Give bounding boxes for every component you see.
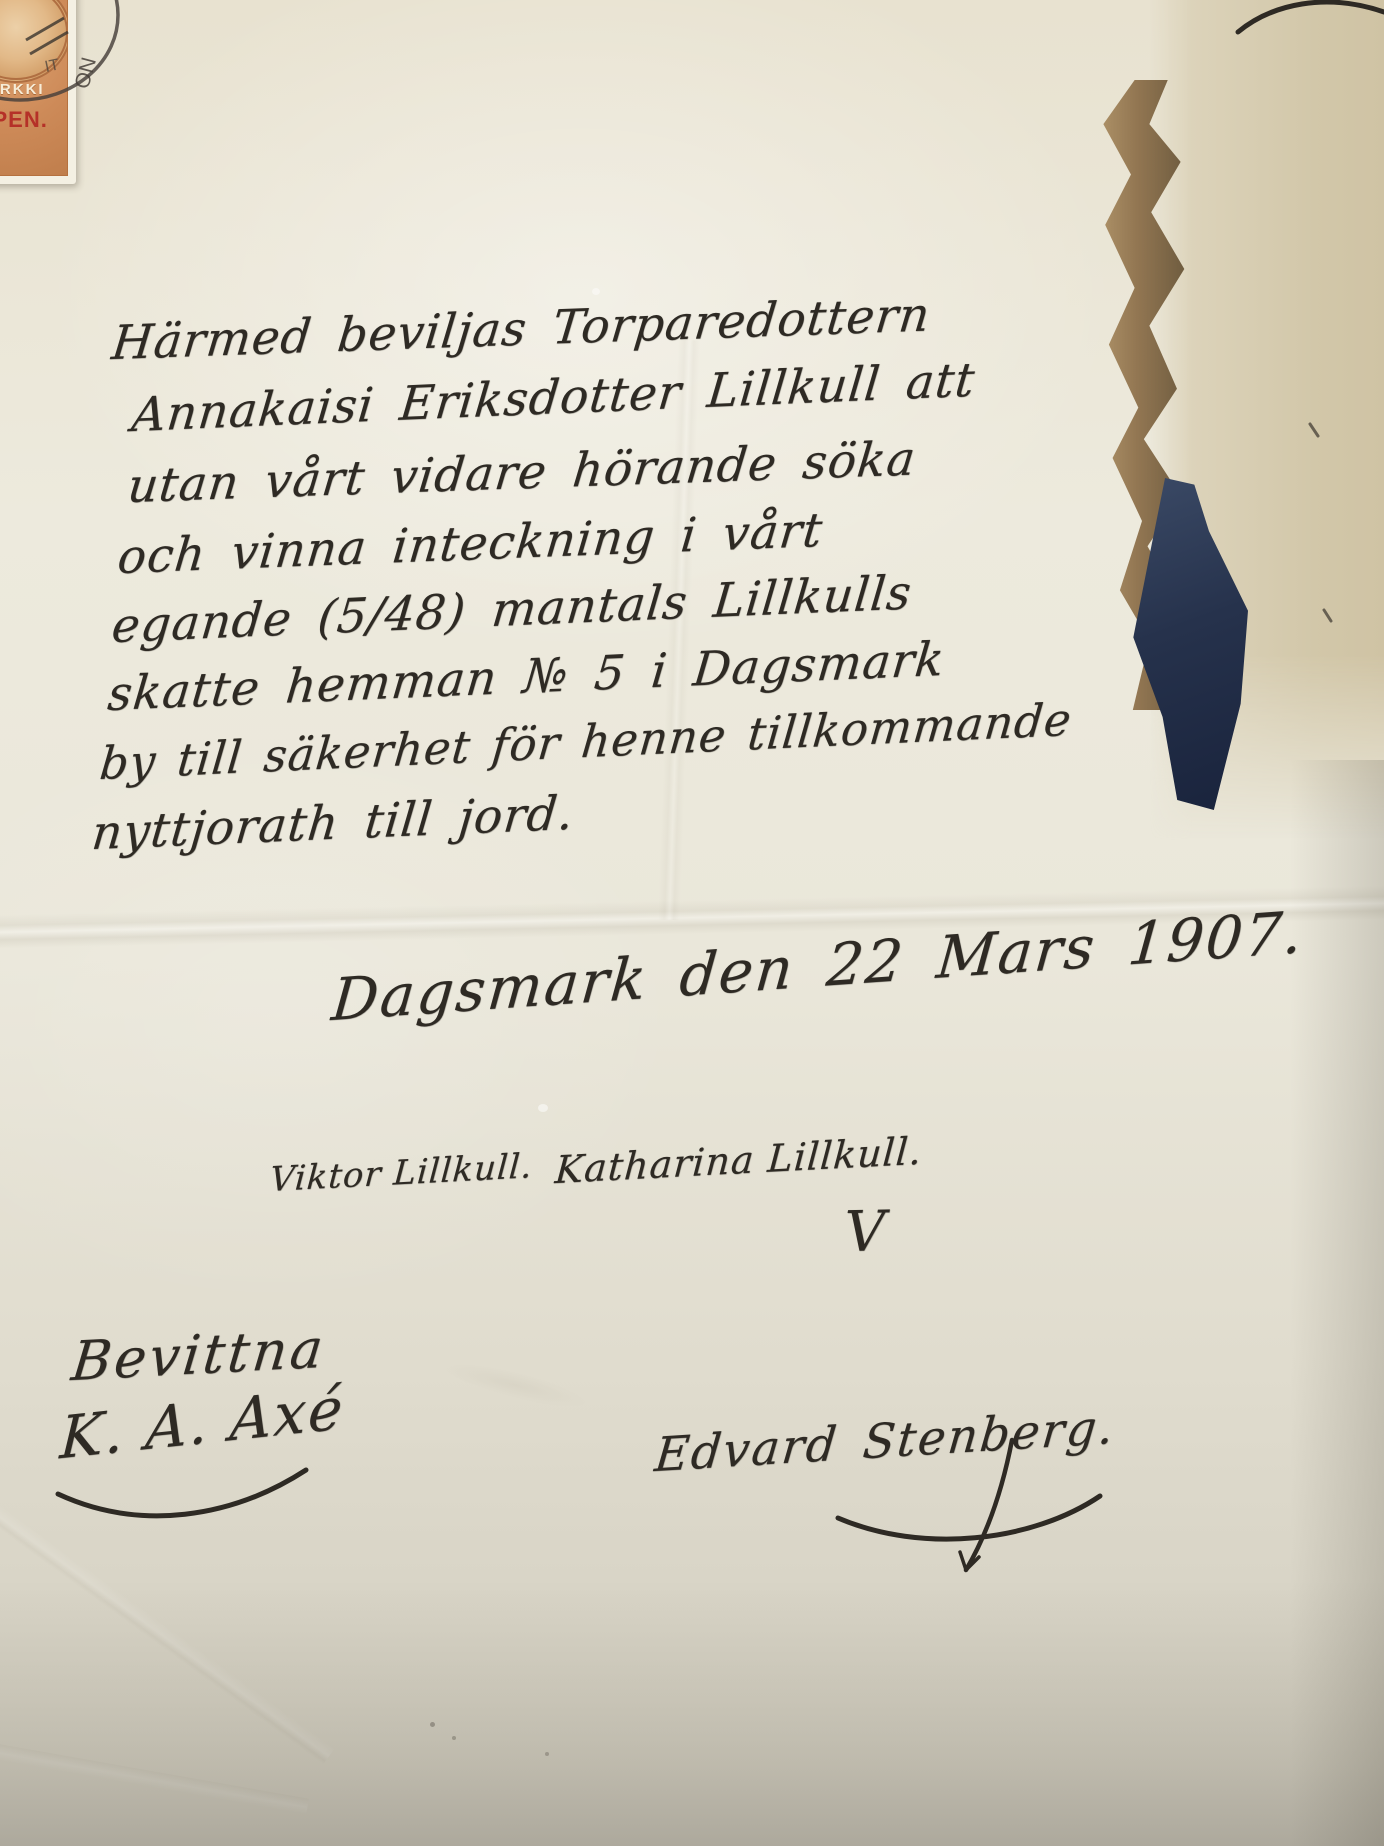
- navy-ribbon: [1126, 478, 1248, 810]
- stenberg-underline-flourish: [838, 1496, 1100, 1539]
- stamp-face: MERKKI 5 PEN.: [0, 0, 68, 176]
- margin-ink-ticks: [1310, 424, 1331, 621]
- paper-spot: [592, 288, 600, 295]
- signature-katharina-lillkull: Katharina Lillkull.: [553, 1129, 923, 1192]
- postmark-text-left: IT: [43, 56, 61, 76]
- body-line-2: Annakaisi Eriksdotter Lillkull att: [129, 353, 977, 444]
- underlying-pages: [1150, 0, 1384, 840]
- paper-spot: [538, 1104, 548, 1112]
- postmark-text-right: ON: [71, 55, 101, 91]
- stamp-series-text: MERKKI: [0, 81, 61, 98]
- top-right-flourish: [1238, 2, 1384, 32]
- bottom-crease: [0, 1741, 309, 1814]
- torn-page-edge: [1096, 80, 1188, 710]
- pencil-dot: [430, 1722, 435, 1727]
- postmark: ON IT: [0, 0, 200, 140]
- body-line-8: nyttjorath till jord.: [89, 786, 576, 861]
- stamp-emblem: [0, 0, 68, 83]
- center-crease: [439, 1354, 591, 1416]
- pen-cancel-stroke: [30, 32, 68, 54]
- pencil-dot: [452, 1736, 456, 1740]
- revenue-stamp: MERKKI 5 PEN.: [0, 0, 76, 184]
- axe-underline-flourish: [58, 1470, 306, 1516]
- bottom-shadow: [0, 1580, 1384, 1846]
- document-photo: MERKKI 5 PEN. ON IT Härmed beviljas Torp…: [0, 0, 1384, 1846]
- pen-cancel-stroke: [26, 18, 64, 40]
- witness-signature-edvard-stenberg: Edvard Stenberg.: [652, 1400, 1118, 1484]
- body-line-3: utan vårt vidare hörande söka: [125, 431, 919, 514]
- corner-crease: [0, 1496, 335, 1765]
- stenberg-arrow-tip: [960, 1552, 979, 1570]
- stamp-value-text: 5 PEN.: [0, 107, 63, 133]
- signature-v-mark: V: [844, 1199, 886, 1265]
- signature-viktor-lillkull: Viktor Lillkull.: [269, 1146, 534, 1200]
- dateline: Dagsmark den 22 Mars 1907.: [329, 898, 1307, 1035]
- pencil-dot: [545, 1752, 549, 1756]
